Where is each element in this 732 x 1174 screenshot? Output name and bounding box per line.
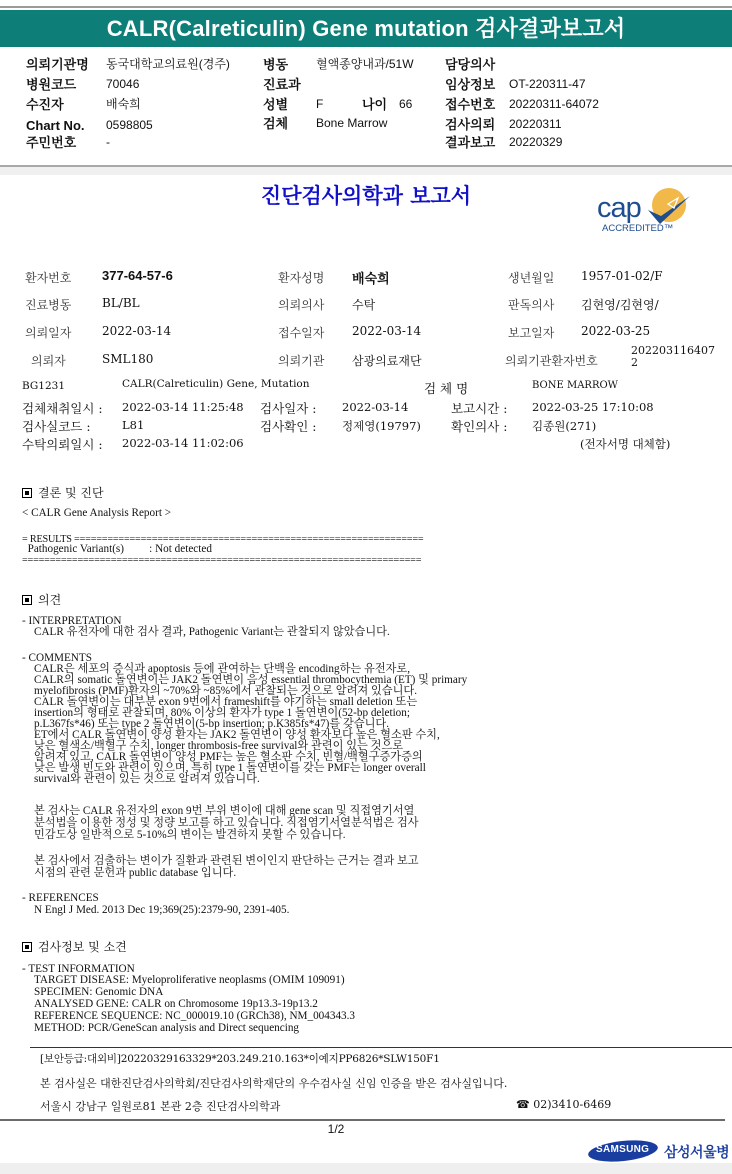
- confirm-label: 검사확인 :: [260, 417, 317, 435]
- test-date-label: 검사일자 :: [260, 399, 317, 417]
- test-date-value: 2022-03-14: [342, 400, 408, 414]
- interpretation-text: CALR 유전자에 대한 검사 결과, Pathogenic Variant는 …: [34, 627, 390, 639]
- samsung-logo: SAMSUNG: [588, 1139, 660, 1163]
- section-heading-test-info: 검사정보 및 소견: [22, 938, 127, 955]
- test-info-line: REFERENCE SEQUENCE: NC_000019.10 (GRCh38…: [34, 1011, 355, 1023]
- address-line: 서울시 강남구 일원로81 본관 2층 진단검사의학과: [40, 1098, 280, 1114]
- esign-note: (전자서명 대체함): [580, 436, 670, 452]
- section-heading-opinion: 의견: [22, 591, 61, 608]
- test-info-line: SPECIMEN: Genomic DNA: [34, 987, 163, 999]
- collected-label: 검체채취일시 :: [22, 399, 103, 417]
- lab-code-label: 검사실코드 :: [22, 417, 91, 435]
- test-code: BG1231: [22, 380, 65, 392]
- security-line: [보안등급:대외비]20220329163329*203.249.210.163…: [40, 1051, 440, 1066]
- page-divider: [0, 1119, 725, 1121]
- phone: ☎ 02)3410-6469: [516, 1098, 611, 1111]
- report-name: < CALR Gene Analysis Report >: [22, 508, 171, 520]
- confirm-doctor-label: 확인의사 :: [451, 417, 508, 435]
- heading-text: 검사정보 및 소견: [38, 940, 127, 954]
- consign-value: 2022-03-14 11:02:06: [122, 436, 244, 450]
- test-info-line: TARGET DISEASE: Myeloproliferative neopl…: [34, 975, 345, 987]
- results-end-line: ========================================…: [22, 555, 421, 567]
- report-time-value: 2022-03-25 17:10:08: [532, 400, 654, 414]
- para3-line: 본 검사에서 검출하는 변이가 질환과 관련된 변이인지 판단하는 근거는 결과…: [34, 856, 419, 868]
- specimen-label: 검 체 명: [424, 379, 468, 397]
- test-name: CALR(Calreticulin) Gene, Mutation: [122, 378, 310, 390]
- square-bullet-icon: [22, 942, 32, 952]
- test-info-line: METHOD: PCR/GeneScan analysis and Direct…: [34, 1023, 299, 1035]
- references-title: - REFERENCES: [22, 893, 99, 905]
- para2-line: 민감도상 일반적으로 5-10%의 변이는 발견하지 못할 수 있습니다.: [34, 830, 346, 842]
- heading-text: 의견: [38, 593, 61, 607]
- test-info-line: ANALYSED GENE: CALR on Chromosome 19p13.…: [34, 999, 318, 1011]
- square-bullet-icon: [22, 488, 32, 498]
- phone-icon: ☎: [516, 1098, 530, 1111]
- consign-label: 수탁의뢰일시 :: [22, 435, 103, 453]
- pathogenic-variant-result: Pathogenic Variant(s) : Not detected: [22, 544, 212, 556]
- specimen-value: BONE MARROW: [532, 380, 618, 391]
- bottom-band: [0, 1163, 732, 1174]
- section-heading-conclusion: 결론 및 진단: [22, 484, 104, 501]
- confirm-doctor-value: 김종원(271): [532, 418, 596, 434]
- certification-line: 본 검사실은 대한진단검사의학회/진단검사의학재단의 우수검사실 신임 인증을 …: [40, 1075, 507, 1091]
- report-time-label: 보고시간 :: [451, 399, 508, 417]
- confirm-value: 정제영(19797): [342, 418, 421, 434]
- lab-code-value: L81: [122, 418, 144, 432]
- test-meta: BG1231 CALR(Calreticulin) Gene, Mutation…: [0, 0, 732, 460]
- references-text: N Engl J Med. 2013 Dec 19;369(25):2379-9…: [34, 905, 289, 917]
- para2-line: 분석법을 이용한 정성 및 정량 보고를 하고 있습니다. 직접염기서열분석법은…: [34, 818, 419, 830]
- samsung-word: SAMSUNG: [596, 1144, 649, 1155]
- para2-line: 본 검사는 CALR 유전자의 exon 9번 부위 변이에 대해 gene s…: [34, 806, 414, 818]
- heading-text: 결론 및 진단: [38, 486, 104, 500]
- page-number: 1/2: [0, 1122, 672, 1136]
- para3-line: 시점의 관련 문헌과 public database 입니다.: [34, 868, 236, 880]
- phone-number: 02)3410-6469: [533, 1098, 611, 1111]
- square-bullet-icon: [22, 595, 32, 605]
- comment-line: survival와 관련이 있는 것으로 알려져 있습니다.: [34, 774, 260, 786]
- footer-divider: [30, 1047, 732, 1048]
- collected-value: 2022-03-14 11:25:48: [122, 400, 244, 414]
